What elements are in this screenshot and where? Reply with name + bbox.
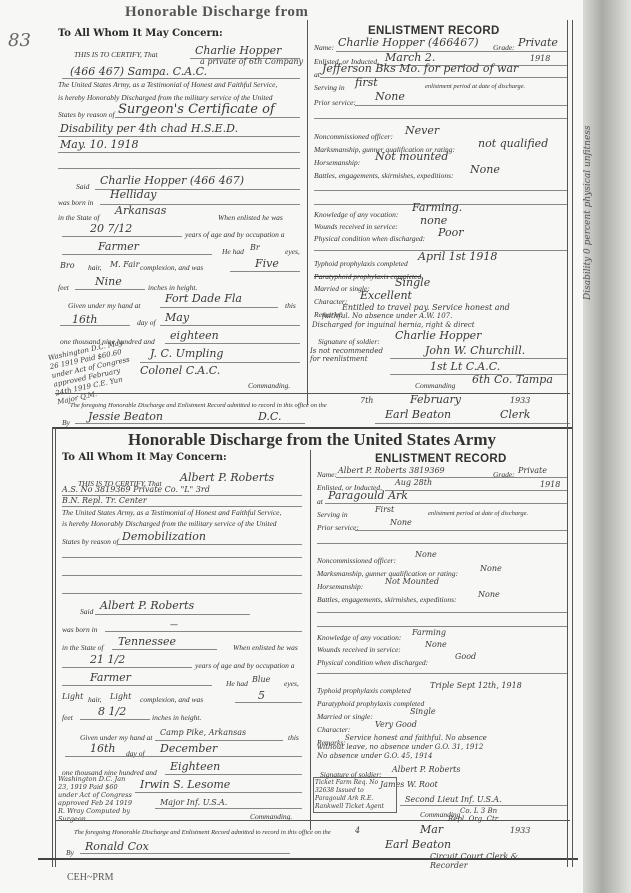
record1-reason-1: Surgeon's Certificate of	[118, 102, 275, 117]
record1-title: Honorable Discharge from	[125, 4, 308, 21]
record1-complexion: M. Fair	[110, 260, 139, 269]
record2-recorded-day: 4	[355, 826, 360, 835]
label-complexion: complexion, and was	[140, 695, 203, 704]
line	[235, 702, 302, 703]
record2-serial: A.S. No 3819369 Private Co. "L" 3rd	[62, 485, 210, 494]
label-typhoid: Typhoid prophylaxis completed	[314, 259, 408, 268]
line	[135, 792, 302, 793]
record2-name: Albert P. Roberts	[180, 471, 274, 484]
record2-remarks-3: No absence under G.O. 45, 1914	[317, 752, 432, 760]
line	[62, 667, 192, 668]
label-married: Married or single:	[317, 712, 373, 721]
record1-not-recommended: Is not recommended for reenlistment	[310, 347, 390, 363]
label-wounds: Wounds received in service:	[317, 645, 401, 654]
record2-battles: None	[478, 590, 500, 599]
record2-salutation: To All Whom It May Concern:	[62, 452, 227, 463]
label-honorably: is hereby Honorably Discharged from the …	[62, 519, 277, 528]
label-reason: States by reason of	[58, 110, 115, 119]
label-commanding: Commanding.	[248, 381, 290, 390]
line	[140, 362, 300, 363]
line	[336, 51, 568, 52]
label-said: Said	[76, 182, 89, 191]
record1-reason-3: May. 10. 1918	[60, 138, 139, 151]
record1-recorded-year: 1933	[510, 396, 530, 405]
record2-occupation: Farmer	[90, 671, 131, 684]
record2-top-border	[52, 427, 572, 429]
line	[314, 118, 568, 119]
record2-title: Honorable Discharge from the United Stat…	[128, 430, 496, 450]
record2-nco: None	[415, 550, 437, 559]
label-inches: inches in height.	[148, 283, 197, 292]
line	[95, 614, 250, 615]
line	[325, 503, 568, 504]
label-certify: THIS IS TO CERTIFY, That	[74, 50, 158, 59]
record1-recorded-month: February	[410, 393, 461, 406]
label-had: He had	[222, 247, 244, 256]
record1-marksmanship: not qualified	[478, 137, 548, 150]
record1-enlisted-year: 1918	[530, 54, 550, 63]
record1-month: May	[165, 311, 189, 324]
record1-year-words: eighteen	[170, 329, 219, 342]
line	[65, 756, 302, 757]
record1-eyes: Br	[250, 243, 260, 252]
record1-character: Excellent	[360, 289, 412, 302]
label-complexion: complexion, and was	[140, 263, 203, 272]
line	[62, 78, 300, 79]
line	[58, 168, 300, 169]
record2-ticket-stamp: Ticket Farm Req. No 32638 Issued to Para…	[313, 777, 397, 813]
line	[317, 626, 568, 627]
line	[317, 673, 568, 674]
label-day-of: day of	[137, 318, 156, 327]
line	[80, 719, 150, 720]
record1-remarks-2: faithful. No absence under A.W. 107.	[322, 312, 452, 320]
record1-born-in: Helliday	[110, 188, 156, 201]
label-serving: Serving in	[314, 83, 345, 92]
record2-height-feet: 5	[258, 689, 265, 702]
line	[160, 325, 300, 326]
label-battles: Battles, engagements, skirmishes, expedi…	[314, 171, 454, 180]
record1-rank-note: a private of 6th Company	[200, 57, 303, 66]
label-name: Name:	[317, 470, 337, 479]
line	[60, 325, 130, 326]
line	[375, 423, 570, 424]
record1-reason-2: Disability per 4th chad H.S.E.D.	[60, 122, 238, 135]
line	[385, 490, 568, 491]
line	[355, 105, 568, 106]
record1-recorded-day: 7th	[360, 396, 373, 405]
record2-command-2: Repl. Org. Ctr.	[448, 815, 500, 823]
line	[58, 136, 300, 137]
label-hair: hair,	[88, 263, 102, 272]
record2-right-border-inner	[572, 427, 573, 867]
scanned-document-page: 83 Honorable Discharge from To All Whom …	[0, 0, 631, 893]
label-this: this	[288, 733, 299, 742]
label-horsemanship: Horsemanship:	[314, 158, 360, 167]
record1-horsemanship: Not mounted	[375, 150, 448, 163]
label-by: By	[62, 418, 70, 427]
line	[62, 236, 182, 237]
record1-hair: Bro	[60, 261, 75, 270]
record1-remarks-1: Entitled to travel pay. Service honest a…	[342, 303, 510, 312]
line	[317, 612, 568, 613]
line	[160, 307, 278, 308]
record1-salutation: To All Whom It May Concern:	[58, 28, 223, 39]
label-name: Name:	[314, 43, 334, 52]
divider	[55, 393, 570, 394]
line	[80, 853, 290, 854]
label-inches: inches in height.	[152, 713, 201, 722]
label-prior: Prior service:	[314, 98, 356, 107]
label-state: in the State of	[58, 213, 99, 222]
record2-age: 21 1/2	[90, 653, 125, 666]
record2-state: Tennessee	[118, 635, 176, 648]
record2-wounds: None	[425, 640, 447, 649]
record1-right-border	[567, 20, 568, 430]
label-serving: Serving in	[317, 510, 348, 519]
record2-reason: Demobilization	[122, 530, 206, 543]
label-prior: Prior service:	[317, 523, 359, 532]
record2-commander-title: Major Inf. U.S.A.	[160, 798, 227, 807]
label-character: Character:	[317, 725, 350, 734]
record1-said-name: Charlie Hopper (466 467)	[100, 174, 244, 187]
label-serving-suffix: enlistment period at date of discharge.	[425, 83, 525, 90]
record1-state: Arkansas	[115, 204, 166, 217]
line	[155, 808, 302, 809]
label-wounds: Wounds received in service:	[314, 222, 398, 231]
record1-grade: Private	[518, 36, 558, 49]
record1-payment-margin-note: Washington D.C. May 26 1919 Paid $60.60 …	[47, 337, 141, 407]
record2-commander: Irwin S. Lesome	[140, 778, 230, 791]
line	[112, 649, 217, 650]
record2-married: Single	[410, 707, 436, 716]
label-state: in the State of	[62, 643, 103, 652]
record2-physical: Good	[455, 652, 476, 661]
record2-marksmanship: None	[480, 564, 502, 573]
label-nco: Noncommissioned officer:	[314, 132, 393, 141]
record1-married: Single	[395, 276, 430, 289]
record1-command: 6th Co. Tampa	[472, 373, 553, 386]
line	[314, 190, 568, 191]
line	[62, 685, 212, 686]
label-by: By	[66, 848, 74, 857]
label-this: this	[285, 301, 296, 310]
label-army-line: The United States Army, as a Testimonial…	[58, 80, 277, 89]
record1-signature: Charlie Hopper	[395, 329, 481, 342]
record1-vocation: Farming.	[412, 201, 462, 214]
record2-year-words: Eighteen	[170, 760, 220, 773]
record1-enl-name: Charlie Hopper (466467)	[338, 36, 479, 49]
record2-command: Co. L 3 Bn	[460, 807, 497, 815]
label-when-enlisted: When enlisted he was	[233, 643, 298, 652]
record2-complexion: Light	[110, 692, 131, 701]
record1-typhoid: April 1st 1918	[418, 250, 497, 263]
record2-column-divider	[310, 450, 311, 830]
record1-given-at: Fort Dade Fla	[165, 292, 242, 305]
record2-horsemanship: Not Mounted	[385, 577, 439, 586]
line	[62, 506, 302, 507]
label-vocation: Knowledge of any vocation:	[317, 633, 401, 642]
record1-name: Charlie Hopper	[195, 44, 281, 57]
label-at: at	[314, 70, 320, 79]
record1-prior-service: None	[375, 90, 405, 103]
label-paratyphoid: Paratyphoid prophylaxis completed	[317, 699, 424, 708]
label-had: He had	[226, 679, 248, 688]
page-margin-number: 83	[8, 30, 31, 51]
label-physical: Physical condition when discharged:	[317, 658, 428, 667]
label-born: was born in	[62, 625, 97, 634]
label-physical: Physical condition when discharged:	[314, 234, 425, 243]
line	[165, 774, 302, 775]
label-years: years of age and by occupation a	[195, 661, 295, 670]
record1-height-inches: Nine	[95, 275, 122, 288]
record1-battles: None	[470, 163, 500, 176]
record2-left-border-inner	[55, 427, 56, 867]
record2-given-at: Camp Pike, Arkansas	[160, 728, 246, 737]
label-reason: States by reason of	[62, 537, 119, 546]
label-honorably: is hereby Honorably Discharged from the …	[58, 93, 273, 102]
record2-character: Very Good	[375, 720, 417, 729]
line	[75, 289, 145, 290]
line	[155, 740, 283, 741]
label-given: Given under my hand at	[80, 733, 152, 742]
label-at: at	[317, 497, 323, 506]
record2-officer-rank: Second Lieut Inf. U.S.A.	[405, 795, 502, 804]
record1-height-feet: Five	[255, 257, 279, 270]
line	[165, 343, 300, 344]
label-admitted: The foregoing Honorable Discharge and En…	[74, 829, 331, 836]
line	[115, 117, 300, 118]
line	[390, 358, 568, 359]
record1-officer-rank: 1st Lt C.A.C.	[430, 360, 500, 373]
record2-height-inches: 8 1/2	[98, 705, 126, 718]
record1-recorder: Earl Beaton	[385, 408, 451, 421]
record1-serving: first	[355, 76, 378, 89]
line	[58, 152, 300, 153]
label-given: Given under my hand at	[68, 301, 140, 310]
record2-typhoid: Triple Sept 12th, 1918	[430, 681, 522, 690]
label-hair: hair,	[88, 695, 102, 704]
record2-enlisted-date: Aug 28th	[395, 478, 432, 487]
label-feet: feet	[62, 713, 73, 722]
record1-recorder-title: Clerk	[500, 408, 530, 421]
record2-vocation: Farming	[412, 628, 446, 637]
record2-payment-margin-note: Washington D.C. Jan 23, 1919 Paid $60 un…	[58, 775, 136, 823]
line	[118, 544, 302, 545]
record2-enlistment-heading: ENLISTMENT RECORD	[375, 453, 507, 465]
label-signature: Signature of soldier:	[318, 337, 380, 346]
record2-bottom-border	[38, 858, 578, 860]
label-eyes: eyes,	[285, 247, 300, 256]
record2-prior-service: None	[390, 518, 412, 527]
label-born: was born in	[58, 198, 93, 207]
record1-enlisted-at: Jefferson Bks Mo. for period of war	[322, 62, 518, 75]
record2-enlisted-year: 1918	[540, 480, 560, 489]
line	[317, 543, 568, 544]
record2-left-border	[52, 427, 53, 867]
record2-remarks-2: without leave, no absence under G.O. 31,…	[317, 743, 483, 751]
label-battles: Battles, engagements, skirmishes, expedi…	[317, 595, 457, 604]
record1-commander: J. C. Umpling	[150, 347, 223, 360]
record2-recorded-month: Mar	[420, 823, 443, 836]
record1-age: 20 7/12	[90, 222, 132, 235]
record1-vertical-note: Disability 0 percent physical unfitness	[583, 125, 593, 300]
record2-signature: Albert P. Roberts	[392, 765, 460, 774]
line	[75, 423, 305, 424]
record2-recorder: Earl Beaton	[385, 838, 451, 851]
record1-clerk: Jessie Beaton	[88, 410, 163, 423]
line	[400, 805, 568, 806]
record1-nco: Never	[405, 124, 439, 137]
line	[230, 271, 300, 272]
label-enl-commanding: Commanding	[415, 381, 455, 390]
record1-remarks-3: Discharged for inguinal hernia, right & …	[312, 321, 475, 329]
record1-column-divider	[307, 20, 308, 405]
record1-clerk-suffix: D.C.	[258, 410, 281, 423]
record2-eyes: Blue	[252, 675, 270, 684]
record2-remarks-1: Service honest and faithful. No absence	[345, 734, 487, 742]
line	[62, 557, 302, 558]
label-vocation: Knowledge of any vocation:	[314, 210, 398, 219]
line	[62, 593, 302, 594]
record2-recorder-title: Circuit Court Clerk & Recorder	[430, 852, 550, 870]
record2-hair: Light	[62, 692, 83, 701]
record2-clerk: Ronald Cox	[85, 840, 149, 853]
label-army-line: The United States Army, as a Testimonial…	[62, 508, 281, 517]
line	[355, 530, 568, 531]
line	[336, 477, 568, 478]
record2-said-name: Albert P. Roberts	[100, 599, 194, 612]
record1-right-border-inner	[572, 20, 573, 430]
label-when-enlisted: When enlisted he was	[218, 213, 283, 222]
label-eyes: eyes,	[284, 679, 299, 688]
record2-day: 16th	[90, 742, 116, 755]
record2-right-border	[567, 427, 568, 867]
line	[62, 575, 302, 576]
record2-grade: Private	[518, 466, 547, 475]
line	[62, 254, 212, 255]
label-said: Said	[80, 607, 93, 616]
record2-month: December	[160, 742, 217, 755]
record2-recorded-year: 1933	[510, 826, 530, 835]
record2-born-in: —	[170, 620, 178, 629]
label-admitted: The foregoing Honorable Discharge and En…	[70, 402, 327, 409]
record1-officer: John W. Churchill.	[425, 344, 525, 357]
label-serving-suffix: enlistment period at date of discharge.	[428, 510, 528, 517]
record2-serving: First	[375, 505, 394, 514]
record1-serial: (466 467) Sampa. C.A.C.	[70, 65, 207, 78]
archive-footer-mark: CEH~PRM	[67, 872, 114, 883]
line	[105, 631, 302, 632]
label-typhoid: Typhoid prophylaxis completed	[317, 686, 411, 695]
label-nco: Noncommissioned officer:	[317, 556, 396, 565]
record1-commander-title: Colonel C.A.C.	[140, 364, 220, 377]
label-horsemanship: Horsemanship:	[317, 582, 363, 591]
record2-enl-name: Albert P. Roberts 3819369	[338, 466, 445, 475]
record1-occupation: Farmer	[98, 240, 139, 253]
record2-serial-2: B.N. Repl. Tr. Center	[62, 496, 147, 505]
record2-enlisted-at: Paragould Ark	[328, 489, 408, 502]
record1-physical: Poor	[438, 226, 463, 239]
label-feet: feet	[58, 283, 69, 292]
label-years: years of age and by occupation a	[185, 230, 285, 239]
